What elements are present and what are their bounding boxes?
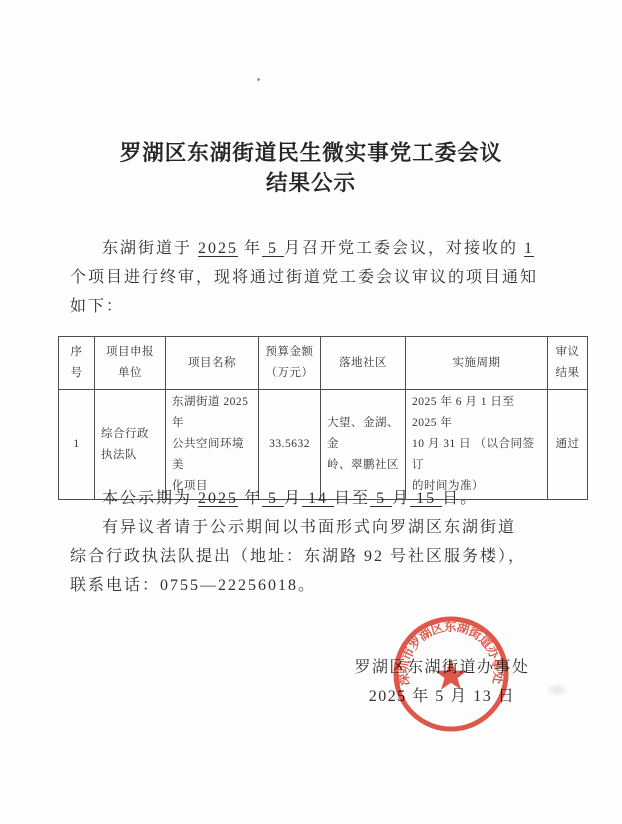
- notice-year-value: 2025: [198, 490, 238, 507]
- intro-text: 东湖街道于: [102, 240, 198, 257]
- header-result: 审议 结果: [548, 337, 588, 390]
- notice-day1-value: 14: [302, 490, 334, 507]
- header-period: 实施周期: [406, 337, 548, 390]
- objection-line-1: 有异议者请于公示期间以书面形式向罗湖区东湖街道: [70, 513, 536, 542]
- scan-smudge: [545, 683, 569, 697]
- official-seal: 深圳市罗湖区东湖街道办事处: [391, 616, 511, 736]
- cell-seq: 1: [59, 390, 95, 500]
- results-table: 序号 项目申报 单位 项目名称 预算金额 （万元） 落地社区 实施周期 审议 结…: [58, 336, 588, 500]
- cell-unit: 综合行政 执法队: [95, 390, 166, 500]
- objection-paragraph: 有异议者请于公示期间以书面形式向罗湖区东湖街道 综合行政执法队提出（地址：东湖路…: [70, 513, 536, 600]
- intro-paragraph: 东湖街道于 2025 年 5 月召开党工委会议，对接收的 1 个项目进行终审，现…: [70, 234, 536, 321]
- header-community: 落地社区: [321, 337, 406, 390]
- title-line-1: 罗湖区东湖街道民生微实事党工委会议: [0, 138, 622, 168]
- header-budget: 预算金额 （万元）: [259, 337, 321, 390]
- notice-day2-value: 15: [410, 490, 442, 507]
- project-count-value: 1: [524, 240, 534, 257]
- notice-paragraph: 本公示期为 2025 年 5 月 14 日至 5 月 15 日。: [70, 484, 536, 513]
- notice-text: 日至: [334, 490, 370, 507]
- notice-text: 本公示期为: [102, 490, 198, 507]
- meeting-month-value: 5: [262, 240, 284, 257]
- notice-month1-value: 5: [262, 490, 284, 507]
- notice-text: 日。: [442, 490, 478, 507]
- cell-budget: 33.5632: [259, 390, 321, 500]
- notice-month2-value: 5: [370, 490, 392, 507]
- cell-project: 东湖街道 2025 年 公共空间环境美 化项目: [166, 390, 259, 500]
- header-unit: 项目申报 单位: [95, 337, 166, 390]
- document-page: 罗湖区东湖街道民生微实事党工委会议 结果公示 东湖街道于 2025 年 5 月召…: [0, 0, 622, 824]
- cell-result: 通过: [548, 390, 588, 500]
- objection-line-2: 综合行政执法队提出（地址：东湖路 92 号社区服务楼），: [70, 542, 536, 571]
- cell-period: 2025 年 6 月 1 日至 2025 年 10 月 31 日 （以合同签订 …: [406, 390, 548, 500]
- title-line-2: 结果公示: [0, 168, 622, 198]
- meeting-year-value: 2025: [198, 240, 238, 257]
- notice-text: 月: [392, 490, 410, 507]
- header-project: 项目名称: [166, 337, 259, 390]
- notice-line: 本公示期为 2025 年 5 月 14 日至 5 月 15 日。: [70, 484, 536, 513]
- cell-community: 大望、金湖、金 岭、翠鹏社区: [321, 390, 406, 500]
- document-title: 罗湖区东湖街道民生微实事党工委会议 结果公示: [0, 138, 622, 198]
- notice-text: 年: [238, 490, 262, 507]
- intro-text: 年: [238, 240, 262, 257]
- star-icon: [435, 659, 467, 690]
- scan-speck: [257, 78, 260, 81]
- intro-line-1: 东湖街道于 2025 年 5 月召开党工委会议，对接收的 1: [70, 234, 536, 263]
- intro-line-3: 如下：: [70, 292, 536, 321]
- table-row: 1 综合行政 执法队 东湖街道 2025 年 公共空间环境美 化项目 33.56…: [59, 390, 588, 500]
- notice-text: 月: [284, 490, 302, 507]
- table-header-row: 序号 项目申报 单位 项目名称 预算金额 （万元） 落地社区 实施周期 审议 结…: [59, 337, 588, 390]
- header-seq: 序号: [59, 337, 95, 390]
- objection-line-3: 联系电话：0755—22256018。: [70, 571, 536, 600]
- intro-text: 月召开党工委会议，对接收的: [284, 240, 524, 257]
- intro-line-2: 个项目进行终审，现将通过街道党工委会议审议的项目通知: [70, 263, 536, 292]
